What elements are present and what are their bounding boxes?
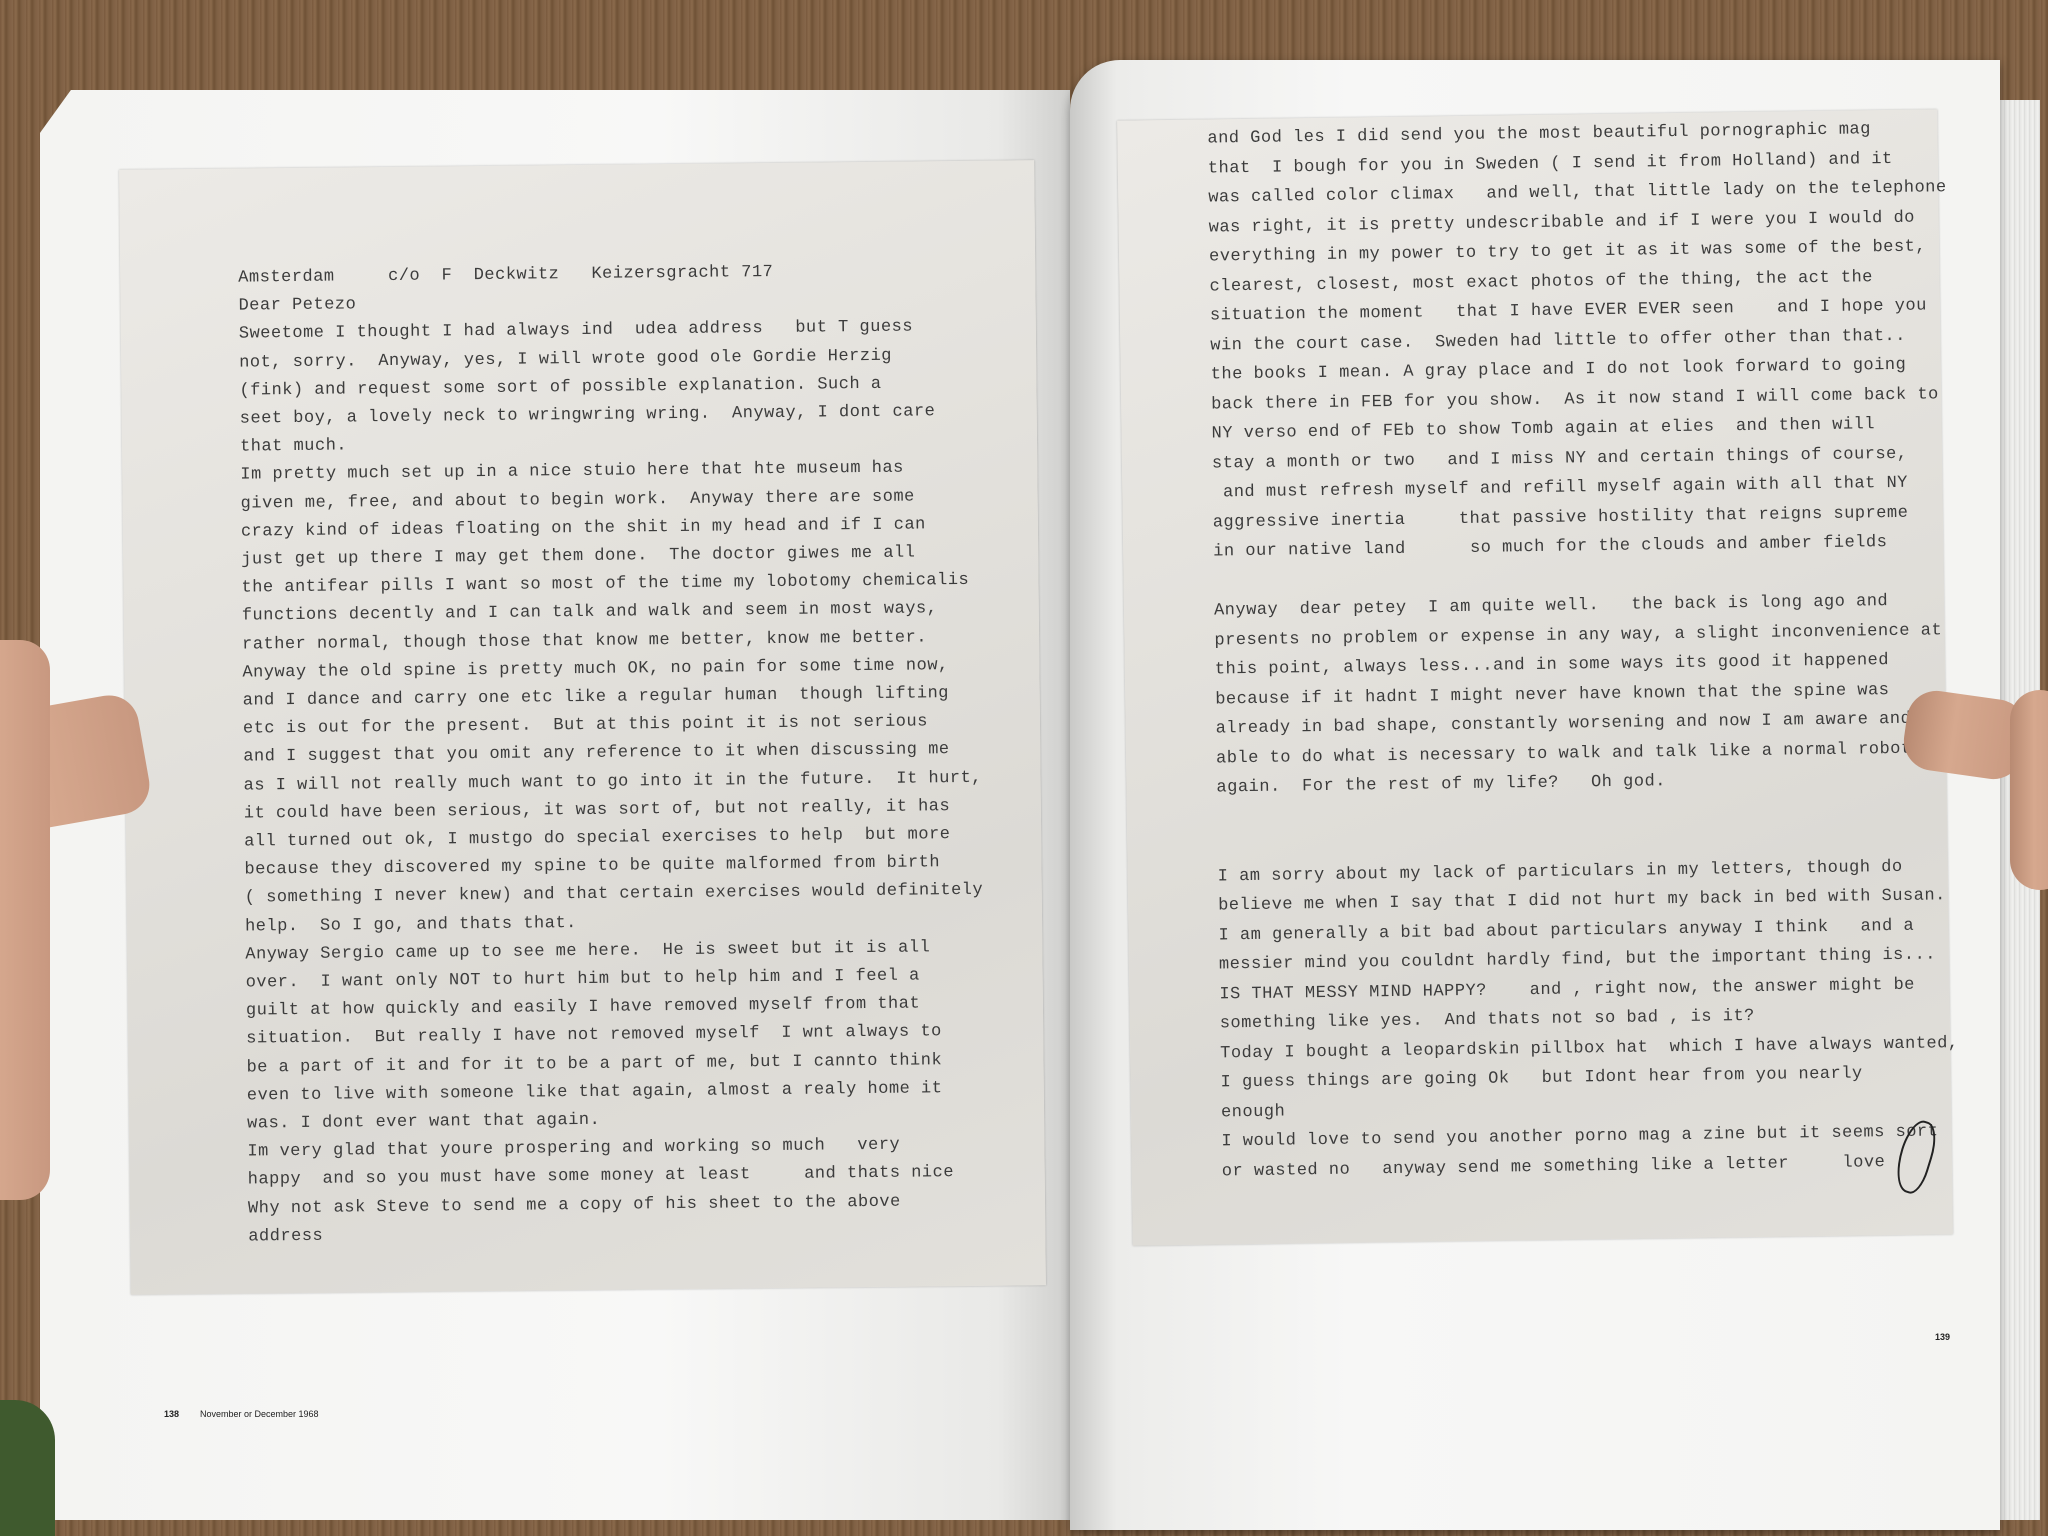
letter-line: something like yes. And thats not so bad… xyxy=(1220,1007,1755,1033)
letter-line: or wasted no anyway send me something li… xyxy=(1222,1153,1886,1181)
letter-line: Sweetome I thought I had always ind udea… xyxy=(239,318,913,344)
letter-line: aggressive inertia that passive hostilit… xyxy=(1213,503,1909,532)
letter-line: help. So I go, and thats that. xyxy=(245,914,577,936)
letter-line: it could have been serious, it was sort … xyxy=(244,797,950,823)
letter-line: etc is out for the present. But at this … xyxy=(243,713,928,739)
letter-line: happy and so you must have some money at… xyxy=(248,1164,954,1190)
letter-line: stay a month or two and I miss NY and ce… xyxy=(1212,444,1908,473)
letter-line: the books I mean. A gray place and I do … xyxy=(1211,356,1907,385)
letter-line: clearest, closest, most exact photos of … xyxy=(1209,268,1873,296)
letter-line: that much. xyxy=(240,437,347,457)
letter-line: address xyxy=(248,1227,323,1247)
letter-line: in our native land so much for the cloud… xyxy=(1213,533,1887,561)
letter-line: be a part of it and for it to be a part … xyxy=(246,1051,942,1077)
right-page: and God les I did send you the most beau… xyxy=(1070,60,2000,1530)
letter-line: that I bough for you in Sweden ( I send … xyxy=(1208,149,1893,178)
letter-line: crazy kind of ideas floating on the shit… xyxy=(241,515,926,541)
left-page: Amsterdam c/o F Deckwitz Keizersgracht 7… xyxy=(40,90,1070,1520)
letter-line: and must refresh myself and refill mysel… xyxy=(1212,474,1908,503)
right-hand xyxy=(2010,690,2048,890)
letter-line: I am sorry about my lack of particulars … xyxy=(1218,857,1903,886)
letter-line: everything in my power to try to get it … xyxy=(1209,237,1926,266)
letter-line: because if it hadnt I might never have k… xyxy=(1215,681,1889,709)
letter-line: believe me when I say that I did not hur… xyxy=(1218,886,1946,915)
letter-line: not, sorry. Anyway, yes, I will wrote go… xyxy=(239,346,892,372)
letter-line: situation the moment that I have EVER EV… xyxy=(1210,296,1927,325)
letter-line: Why not ask Steve to send me a copy of h… xyxy=(248,1192,901,1218)
letter-line: Today I bought a leopardskin pillbox hat… xyxy=(1220,1034,1959,1063)
letter-line: and I dance and carry one etc like a reg… xyxy=(243,684,949,710)
letter-line: Im very glad that youre prospering and w… xyxy=(247,1136,900,1162)
letter-line: Anyway the old spine is pretty much OK, … xyxy=(242,656,948,682)
letter-line: functions decently and I can talk and wa… xyxy=(242,600,938,626)
typed-letter-page-1: Amsterdam c/o F Deckwitz Keizersgracht 7… xyxy=(119,160,1046,1295)
left-hand xyxy=(0,640,50,1200)
letter-line: I am generally a bit bad about particula… xyxy=(1218,916,1914,945)
letter-line: the antifear pills I want so most of the… xyxy=(241,571,969,598)
letter-line: ( something I never knew) and that certa… xyxy=(245,881,984,908)
letter-line: Anyway Sergio came up to see me here. He… xyxy=(245,938,930,964)
letter-line: was. I dont ever want that again. xyxy=(247,1111,600,1134)
typed-letter-page-2: and God les I did send you the most beau… xyxy=(1117,109,1953,1245)
letter-line: Amsterdam c/o F Deckwitz Keizersgracht 7… xyxy=(238,263,773,288)
letter-line: Anyway dear petey I am quite well. the b… xyxy=(1214,592,1888,620)
letter-line: over. I want only NOT to hurt him but to… xyxy=(246,966,920,992)
letter-line: guilt at how quickly and easily I have r… xyxy=(246,995,920,1021)
letter-line: presents no problem or expense in any wa… xyxy=(1214,621,1942,650)
green-sleeve xyxy=(0,1400,55,1536)
letter-line: enough xyxy=(1221,1102,1285,1122)
letter-line: and I suggest that you omit any referenc… xyxy=(243,741,949,767)
letter-line: messier mind you couldnt hardly find, bu… xyxy=(1219,945,1936,974)
letter-line: already in bad shape, constantly worseni… xyxy=(1216,710,1912,739)
letter-line: win the court case. Sweden had little to… xyxy=(1210,326,1906,355)
letter-line: as I will not really much want to go int… xyxy=(243,768,982,795)
letter-line: back there in FEB for you show. As it no… xyxy=(1211,385,1939,414)
letter-text-block: and God les I did send you the most beau… xyxy=(1117,109,1937,120)
page-number-right: 139 xyxy=(1935,1332,1950,1342)
running-head: November or December 1968 xyxy=(200,1409,319,1419)
letter-line: (fink) and request some sort of possible… xyxy=(239,375,881,401)
letter-line: I would love to send you another porno m… xyxy=(1221,1122,1938,1151)
letter-line: just get up there I may get them done. T… xyxy=(241,544,915,570)
letter-line: I guess things are going Ok but Idont he… xyxy=(1220,1064,1862,1092)
page-number-left: 138 xyxy=(164,1409,179,1419)
letter-text-block: Amsterdam c/o F Deckwitz Keizersgracht 7… xyxy=(119,160,1034,170)
open-book: Amsterdam c/o F Deckwitz Keizersgracht 7… xyxy=(40,60,2040,1500)
letter-line: even to live with someone like that agai… xyxy=(247,1079,943,1105)
letter-line: was called color climax and well, that l… xyxy=(1208,178,1947,207)
letter-line: again. For the rest of my life? Oh god. xyxy=(1216,772,1666,797)
letter-line: NY verso end of FEb to show Tomb again a… xyxy=(1211,415,1875,443)
letter-line: was right, it is pretty undescribable an… xyxy=(1209,208,1916,237)
letter-line: seet boy, a lovely neck to wringwring wr… xyxy=(240,402,936,428)
letter-line: rather normal, though those that know me… xyxy=(242,628,927,654)
letter-line: Im pretty much set up in a nice stuio he… xyxy=(240,459,904,485)
letter-line: this point, always less...and in some wa… xyxy=(1215,651,1889,679)
letter-line: Dear Petezo xyxy=(238,296,356,316)
letter-line: all turned out ok, I mustgo do special e… xyxy=(244,825,950,851)
letter-line: given me, free, and about to begin work.… xyxy=(241,487,915,513)
letter-line: IS THAT MESSY MIND HAPPY? and , right no… xyxy=(1219,975,1915,1004)
letter-line: situation. But really I have not removed… xyxy=(246,1023,942,1049)
letter-line: because they discovered my spine to be q… xyxy=(244,853,940,879)
letter-line: able to do what is necessary to walk and… xyxy=(1216,739,1912,768)
letter-line: and God les I did send you the most beau… xyxy=(1207,120,1871,148)
